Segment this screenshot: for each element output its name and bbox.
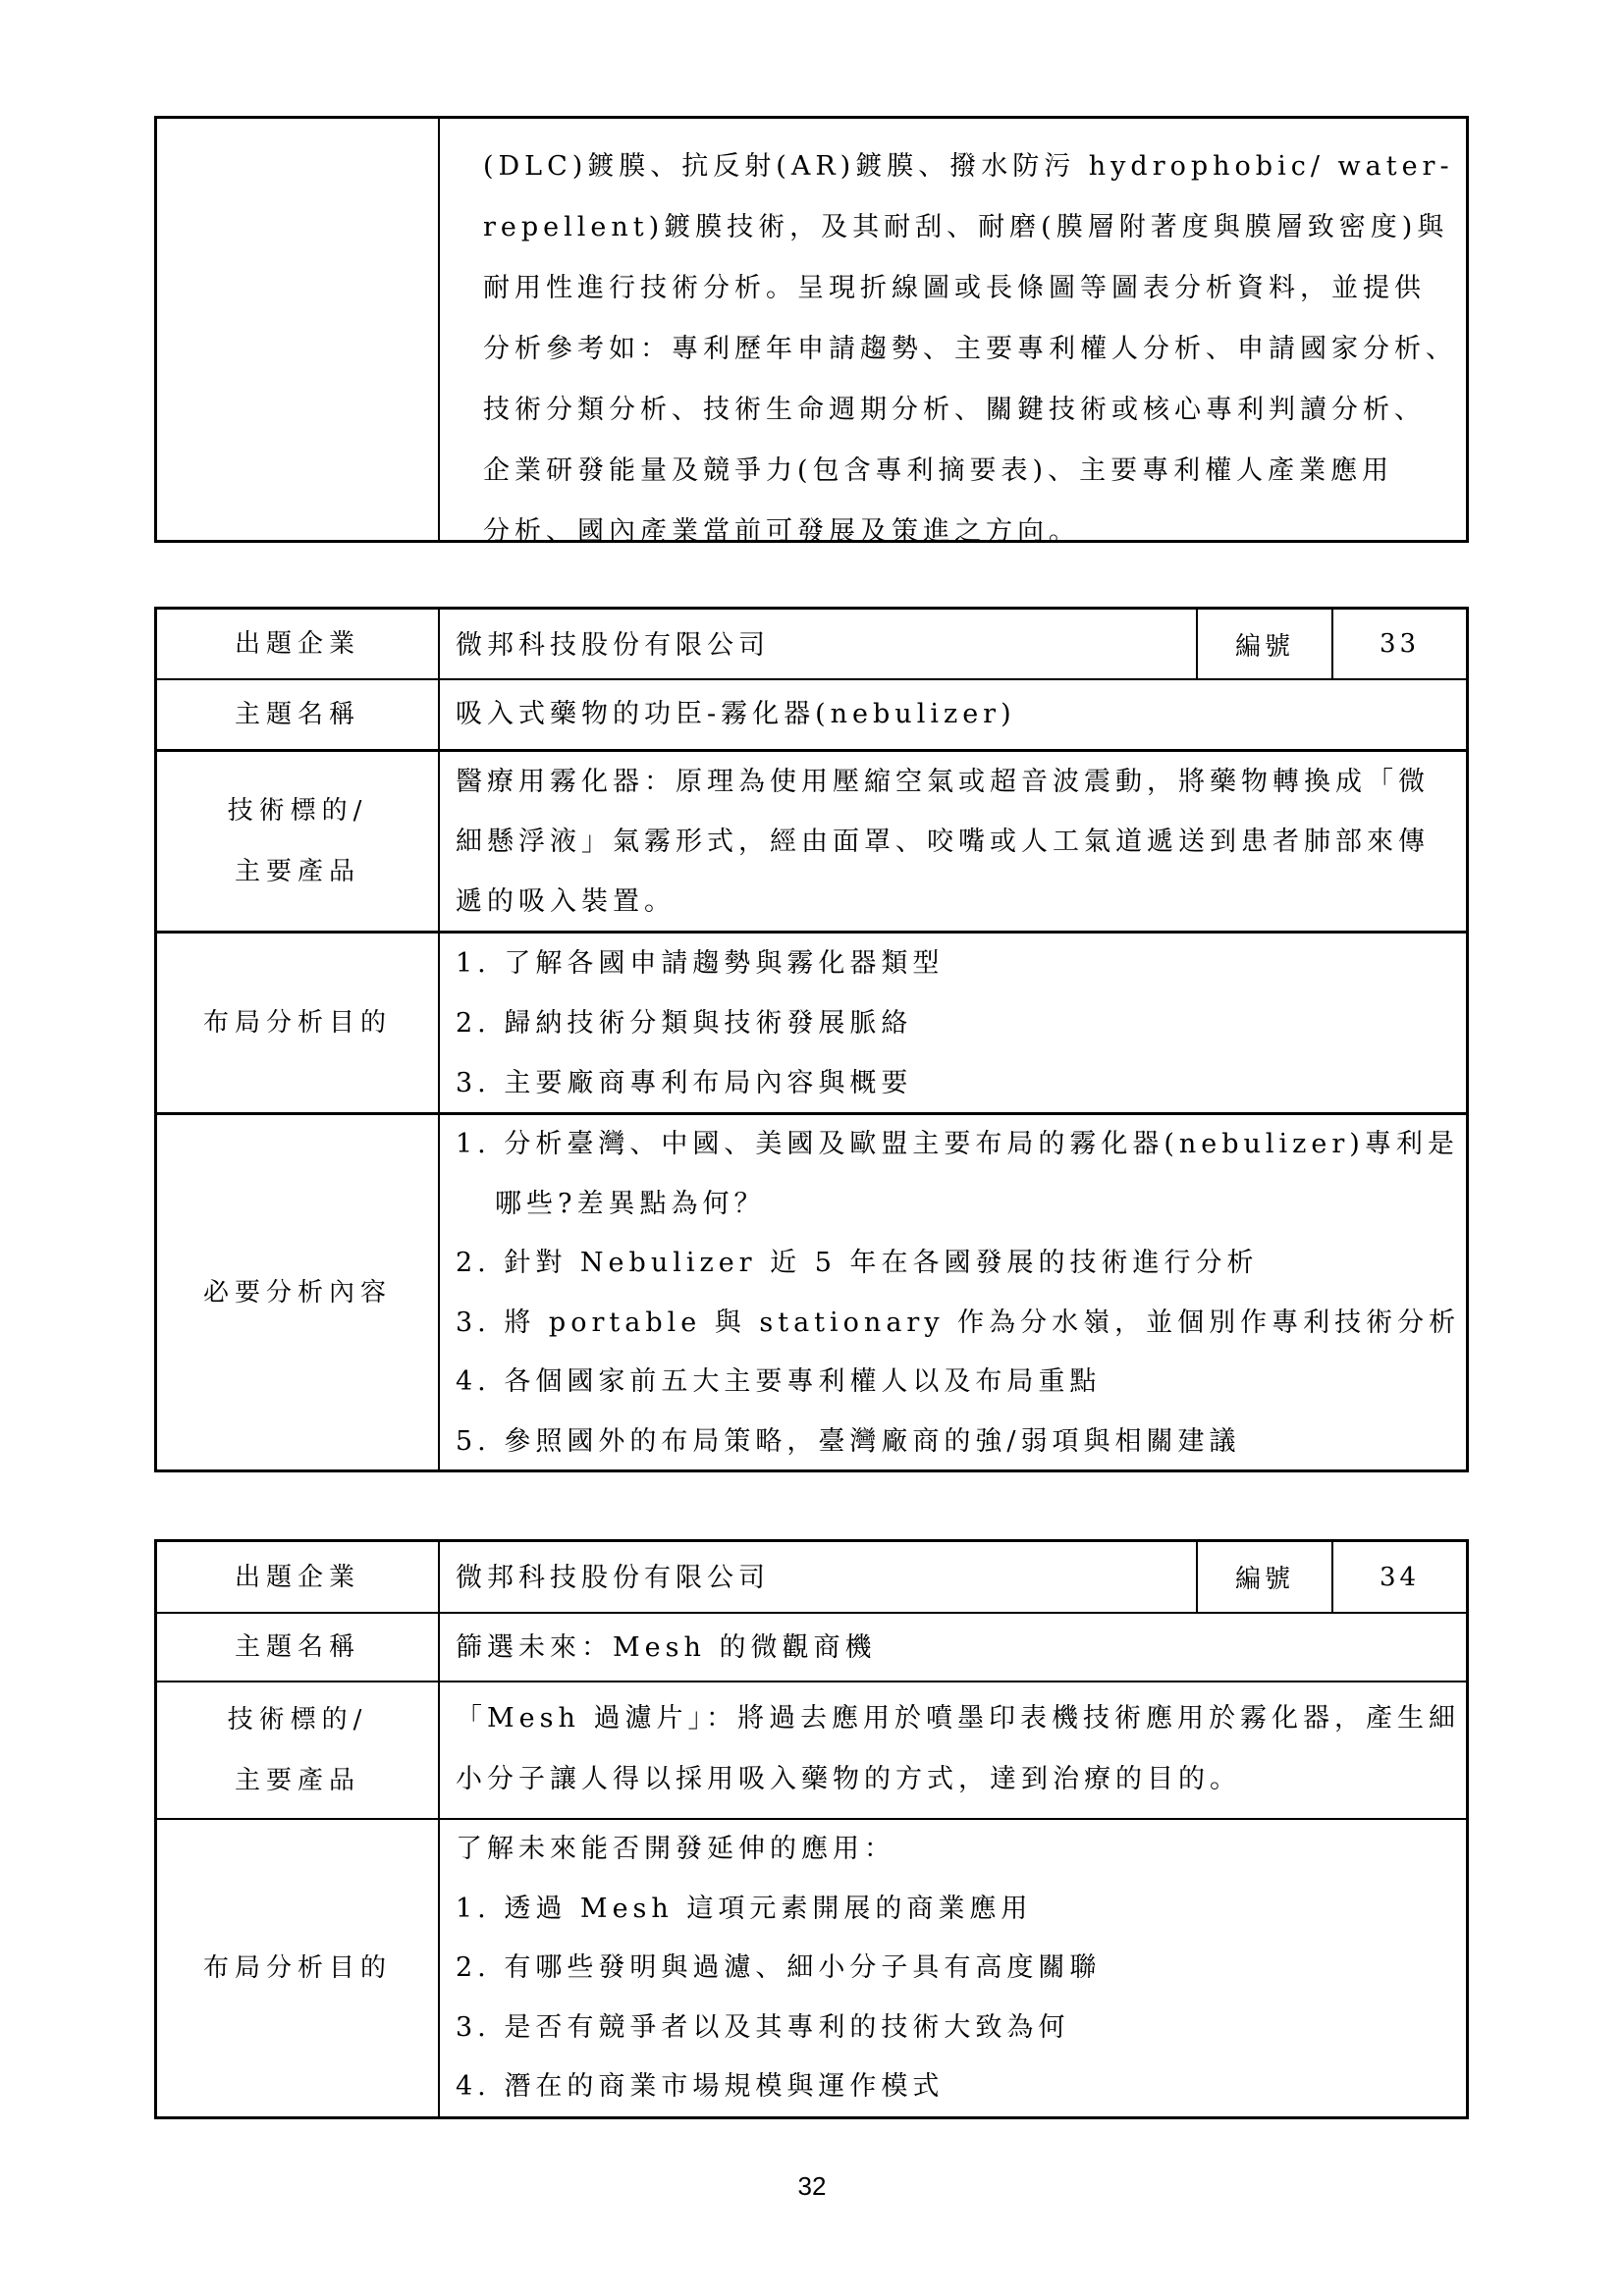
target-row: 技術標的/ 主要產品 「Mesh 過濾片」：將過去應用於噴墨印表機技術應用於霧化… [157, 1681, 1466, 1818]
purpose-label: 布局分析目的 [157, 934, 440, 1112]
required-item: 3. 將 portable 與 stationary 作為分水嶺，並個別作專利技… [456, 1294, 1460, 1354]
topic-row: 主題名稱 吸入式藥物的功臣-霧化器(nebulizer) [157, 678, 1466, 749]
purpose-list: 1. 了解各國申請趨勢與霧化器類型 2. 歸納技術分類與技術發展脈絡 3. 主要… [440, 934, 1466, 1112]
required-item: 2. 針對 Nebulizer 近 5 年在各國發展的技術進行分析 [456, 1234, 1460, 1294]
continuation-line: 技術分類分析、技術生命週期分析、關鍵技術或核心專利判讀分析、 [483, 380, 1457, 441]
number-label: 編號 [1196, 610, 1331, 678]
company-value: 微邦科技股份有限公司 [440, 1542, 1196, 1612]
purpose-item: 3. 是否有競爭者以及其專利的技術大致為何 [456, 1999, 1456, 2058]
company-label: 出題企業 [157, 1542, 440, 1612]
required-item-continuation: 哪些?差異點為何？ [456, 1175, 1460, 1235]
target-row: 技術標的/ 主要產品 醫療用霧化器：原理為使用壓縮空氣或超音波震動，將藥物轉換成… [157, 749, 1466, 931]
purpose-item: 2. 歸納技術分類與技術發展脈絡 [456, 993, 1456, 1053]
number-label: 編號 [1196, 1542, 1331, 1612]
purpose-row: 布局分析目的 了解未來能否開發延伸的應用： 1. 透過 Mesh 這項元素開展的… [157, 1818, 1466, 2116]
purpose-item: 1. 透過 Mesh 這項元素開展的商業應用 [456, 1880, 1456, 1940]
required-item: 1. 分析臺灣、中國、美國及歐盟主要布局的霧化器(nebulizer)專利是 [456, 1115, 1460, 1175]
topic-label: 主題名稱 [157, 1614, 440, 1681]
target-value: 「Mesh 過濾片」：將過去應用於噴墨印表機技術應用於霧化器，產生細 小分子讓人… [440, 1682, 1470, 1818]
continuation-line: 耐用性進行技術分析。呈現折線圖或長條圖等圖表分析資料，並提供 [483, 258, 1457, 319]
continuation-line: 分析、國內產業當前可發展及策進之方向。 [483, 502, 1457, 562]
purpose-item: 2. 有哪些發明與過濾、細小分子具有高度關聯 [456, 1939, 1456, 1999]
continuation-line: 分析參考如：專利歷年申請趨勢、主要專利權人分析、申請國家分析、 [483, 319, 1457, 380]
continuation-line: repellent)鍍膜技術，及其耐刮、耐磨(膜層附著度與膜層致密度)與 [483, 197, 1457, 258]
required-row: 必要分析內容 1. 分析臺灣、中國、美國及歐盟主要布局的霧化器(nebulize… [157, 1112, 1466, 1469]
purpose-list: 了解未來能否開發延伸的應用： 1. 透過 Mesh 這項元素開展的商業應用 2.… [440, 1820, 1466, 2116]
topic-table-33: 出題企業 微邦科技股份有限公司 編號 33 主題名稱 吸入式藥物的功臣-霧化器(… [154, 607, 1469, 1472]
continuation-line: 企業研發能量及競爭力(包含專利摘要表)、主要專利權人產業應用 [483, 441, 1457, 502]
number-value: 33 [1331, 610, 1466, 678]
target-label: 技術標的/ 主要產品 [157, 1682, 440, 1818]
required-item: 4. 各個國家前五大主要專利權人以及布局重點 [456, 1353, 1460, 1413]
continuation-table: (DLC)鍍膜、抗反射(AR)鍍膜、撥水防污 hydrophobic/ wate… [154, 116, 1469, 543]
continuation-label-cell [157, 119, 440, 540]
target-label: 技術標的/ 主要產品 [157, 752, 440, 931]
purpose-row: 布局分析目的 1. 了解各國申請趨勢與霧化器類型 2. 歸納技術分類與技術發展脈… [157, 931, 1466, 1112]
company-row: 出題企業 微邦科技股份有限公司 編號 33 [157, 610, 1466, 678]
company-label: 出題企業 [157, 610, 440, 678]
page-number: 32 [0, 2171, 1624, 2202]
required-list: 1. 分析臺灣、中國、美國及歐盟主要布局的霧化器(nebulizer)專利是 哪… [440, 1115, 1470, 1469]
topic-row: 主題名稱 篩選未來：Mesh 的微觀商機 [157, 1612, 1466, 1681]
topic-value: 篩選未來：Mesh 的微觀商機 [440, 1614, 1466, 1681]
required-label: 必要分析內容 [157, 1115, 440, 1469]
purpose-item: 4. 潛在的商業市場規模與運作模式 [456, 2057, 1456, 2117]
company-row: 出題企業 微邦科技股份有限公司 編號 34 [157, 1542, 1466, 1612]
target-value: 醫療用霧化器：原理為使用壓縮空氣或超音波震動，將藥物轉換成「微 細懸浮液」氣霧形… [440, 752, 1466, 931]
continuation-line: (DLC)鍍膜、抗反射(AR)鍍膜、撥水防污 hydrophobic/ wate… [483, 136, 1457, 197]
purpose-item: 1. 了解各國申請趨勢與霧化器類型 [456, 934, 1456, 993]
purpose-label: 布局分析目的 [157, 1820, 440, 2116]
purpose-intro: 了解未來能否開發延伸的應用： [456, 1820, 1456, 1880]
topic-table-34: 出題企業 微邦科技股份有限公司 編號 34 主題名稱 篩選未來：Mesh 的微觀… [154, 1539, 1469, 2119]
topic-value: 吸入式藥物的功臣-霧化器(nebulizer) [440, 680, 1466, 749]
company-value: 微邦科技股份有限公司 [440, 610, 1196, 678]
purpose-item: 3. 主要廠商專利布局內容與概要 [456, 1053, 1456, 1113]
topic-label: 主題名稱 [157, 680, 440, 749]
required-item: 5. 參照國外的布局策略，臺灣廠商的強/弱項與相關建議 [456, 1413, 1460, 1472]
number-value: 34 [1331, 1542, 1466, 1612]
continuation-content: (DLC)鍍膜、抗反射(AR)鍍膜、撥水防污 hydrophobic/ wate… [440, 119, 1467, 540]
